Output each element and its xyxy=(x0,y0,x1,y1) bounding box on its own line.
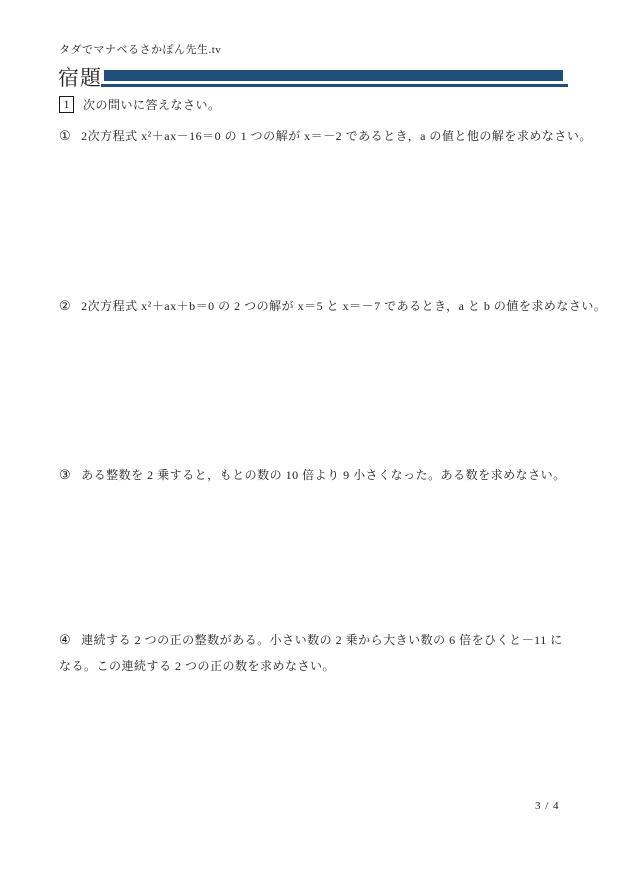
problem-number-2: ② xyxy=(59,298,71,313)
problem-item-2: ②2次方程式 x²＋ax＋b＝0 の 2 つの解が x＝5 と x＝－7 である… xyxy=(59,293,606,319)
title-accent-bar-thin xyxy=(101,84,568,87)
problem-item-1: ①2次方程式 x²＋ax－16＝0 の 1 つの解が x＝－2 であるとき，a … xyxy=(59,123,592,149)
section-instruction: 次の問いに答えなさい。 xyxy=(83,96,221,113)
problem-number-4: ④ xyxy=(59,632,71,647)
problem-item-4: ④連続する 2 つの正の整数がある。小さい数の 2 乗から大きい数の 6 倍をひ… xyxy=(59,627,565,679)
problem-text-4: 連続する 2 つの正の整数がある。小さい数の 2 乗から大きい数の 6 倍をひく… xyxy=(59,633,563,673)
problem-number-1: ① xyxy=(59,128,71,143)
problem-text-2: 2次方程式 x²＋ax＋b＝0 の 2 つの解が x＝5 と x＝－7 であると… xyxy=(81,299,606,313)
section-number: 1 xyxy=(64,97,70,112)
page-title: 宿題 xyxy=(58,62,102,92)
section-number-box: 1 xyxy=(59,96,74,113)
site-name: タダでマナベるさかぽん先生.tv xyxy=(59,41,221,57)
page-number: 3 / 4 xyxy=(535,800,560,812)
section-header: 1 次の問いに答えなさい。 xyxy=(59,96,221,113)
problem-text-3: ある整数を 2 乗すると，もとの数の 10 倍より 9 小さくなった。ある数を求… xyxy=(81,468,566,482)
problem-number-3: ③ xyxy=(59,467,71,482)
title-accent-bar-thick xyxy=(104,70,563,81)
problem-item-3: ③ある整数を 2 乗すると，もとの数の 10 倍より 9 小さくなった。ある数を… xyxy=(59,462,566,488)
problem-text-1: 2次方程式 x²＋ax－16＝0 の 1 つの解が x＝－2 であるとき，a の… xyxy=(81,129,592,143)
document-page: タダでマナベるさかぽん先生.tv 宿題 1 次の問いに答えなさい。 ①2次方程式… xyxy=(0,0,620,877)
